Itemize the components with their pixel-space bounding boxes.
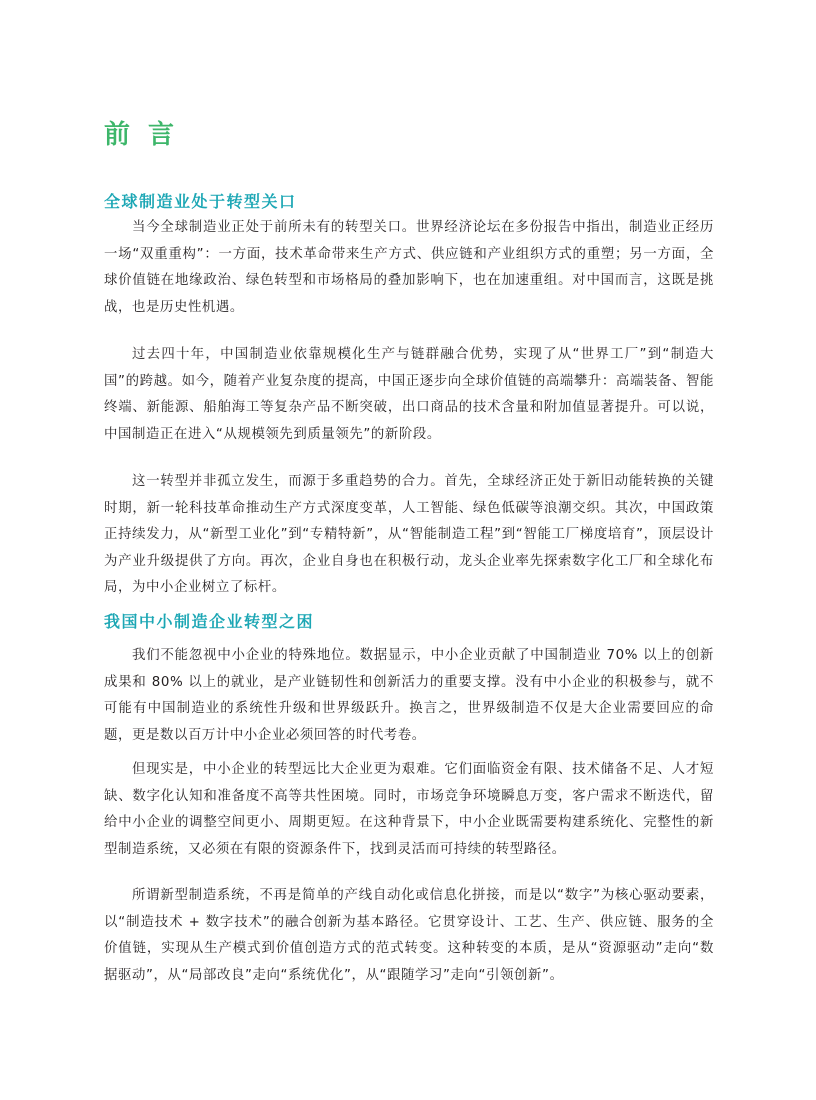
paragraph: 但现实是，中小企业的转型远比大企业更为艰难。它们面临资金有限、技术储备不足、人才… [104,757,714,863]
section-heading-sme-difficulties: 我国中小制造企业转型之困 [104,611,314,633]
paragraph: 所谓新型制造系统，不再是简单的产线自动化或信息化拼接，而是以“数字”为核心驱动要… [104,883,714,989]
paragraph: 当今全球制造业正处于前所未有的转型关口。世界经济论坛在多份报告中指出，制造业正经… [104,215,714,321]
paragraph: 我们不能忽视中小企业的特殊地位。数据显示，中小企业贡献了中国制造业 70% 以上… [104,643,714,749]
page-title: 前言 [104,117,192,153]
paragraph: 这一转型并非孤立发生，而源于多重趋势的合力。首先，全球经济正处于新旧动能转换的关… [104,469,714,602]
paragraph: 过去四十年，中国制造业依靠规模化生产与链群融合优势，实现了从“世界工厂”到“制造… [104,342,714,448]
section-heading-global-transformation: 全球制造业处于转型关口 [104,191,297,213]
